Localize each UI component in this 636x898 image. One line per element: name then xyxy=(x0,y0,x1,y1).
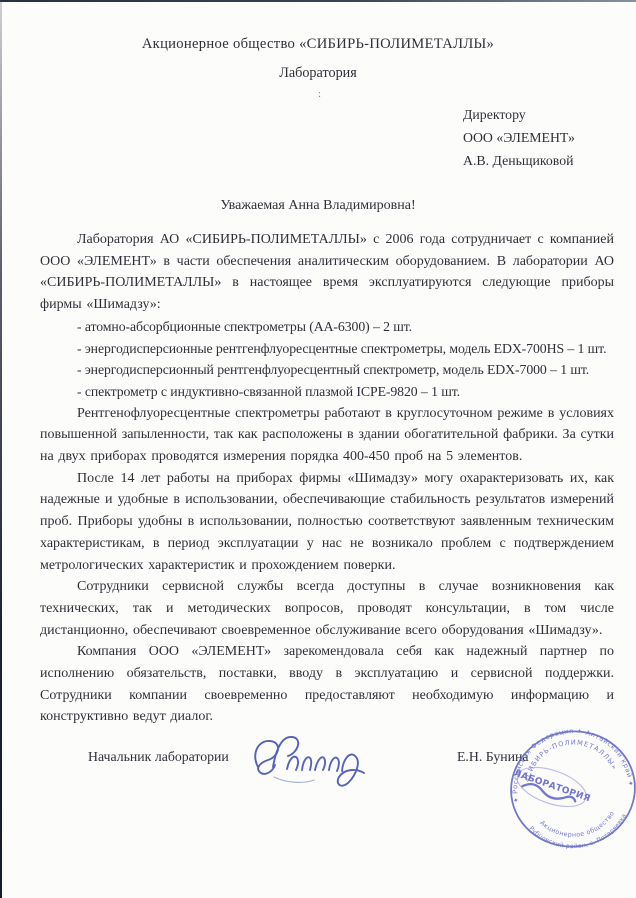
body-paragraph: Компания ООО «ЭЛЕМЕНТ» зарекомендовала с… xyxy=(40,641,614,728)
equipment-item: - энергодисперсионные рентгенфлуоресцент… xyxy=(40,338,614,360)
signer-position: Начальник лаборатории xyxy=(88,749,229,765)
letter-body: Лаборатория АО «СИБИРЬ-ПОЛИМЕТАЛЛЫ» с 20… xyxy=(40,229,614,728)
body-paragraph: После 14 лет работы на приборах фирмы «Ш… xyxy=(40,468,614,577)
addressee-block: Директору ООО «ЭЛЕМЕНТ» А.В. Деньщиковой xyxy=(463,103,575,172)
equipment-item: - атомно-абсорбционные спектрометры (АА-… xyxy=(40,316,614,338)
addressee-role: Директору xyxy=(463,103,575,126)
body-paragraph: Рентгенофлуоресцентные спектрометры рабо… xyxy=(40,403,614,468)
salutation: Уважаемая Анна Владимировна! xyxy=(0,198,636,214)
addressee-person: А.В. Деньщиковой xyxy=(463,149,575,172)
body-paragraph: Сотрудники сервисной службы всегда досту… xyxy=(40,576,614,641)
scan-left-edge-line xyxy=(0,0,2,898)
scan-top-edge-line xyxy=(0,0,636,2)
org-title: Акционерное общество «СИБИРЬ-ПОЛИМЕТАЛЛЫ… xyxy=(0,36,636,53)
addressee-company: ООО «ЭЛЕМЕНТ» xyxy=(463,126,575,149)
equipment-list: - атомно-абсорбционные спектрометры (АА-… xyxy=(40,316,614,403)
round-stamp: ✦ Российская Федерация ✦ Алтайский край … xyxy=(508,726,636,854)
org-subtitle: Лаборатория xyxy=(0,65,636,82)
divider-mark: : xyxy=(318,88,321,100)
body-paragraph: Лаборатория АО «СИБИРЬ-ПОЛИМЕТАЛЛЫ» с 20… xyxy=(40,229,614,316)
scanned-letter-page: Акционерное общество «СИБИРЬ-ПОЛИМЕТАЛЛЫ… xyxy=(0,0,636,898)
equipment-item: - спектрометр с индуктивно-связанной пла… xyxy=(40,381,614,403)
equipment-item: - энергодисперсионный рентгенфлуоресцент… xyxy=(40,359,614,381)
handwritten-signature-icon xyxy=(244,727,378,801)
